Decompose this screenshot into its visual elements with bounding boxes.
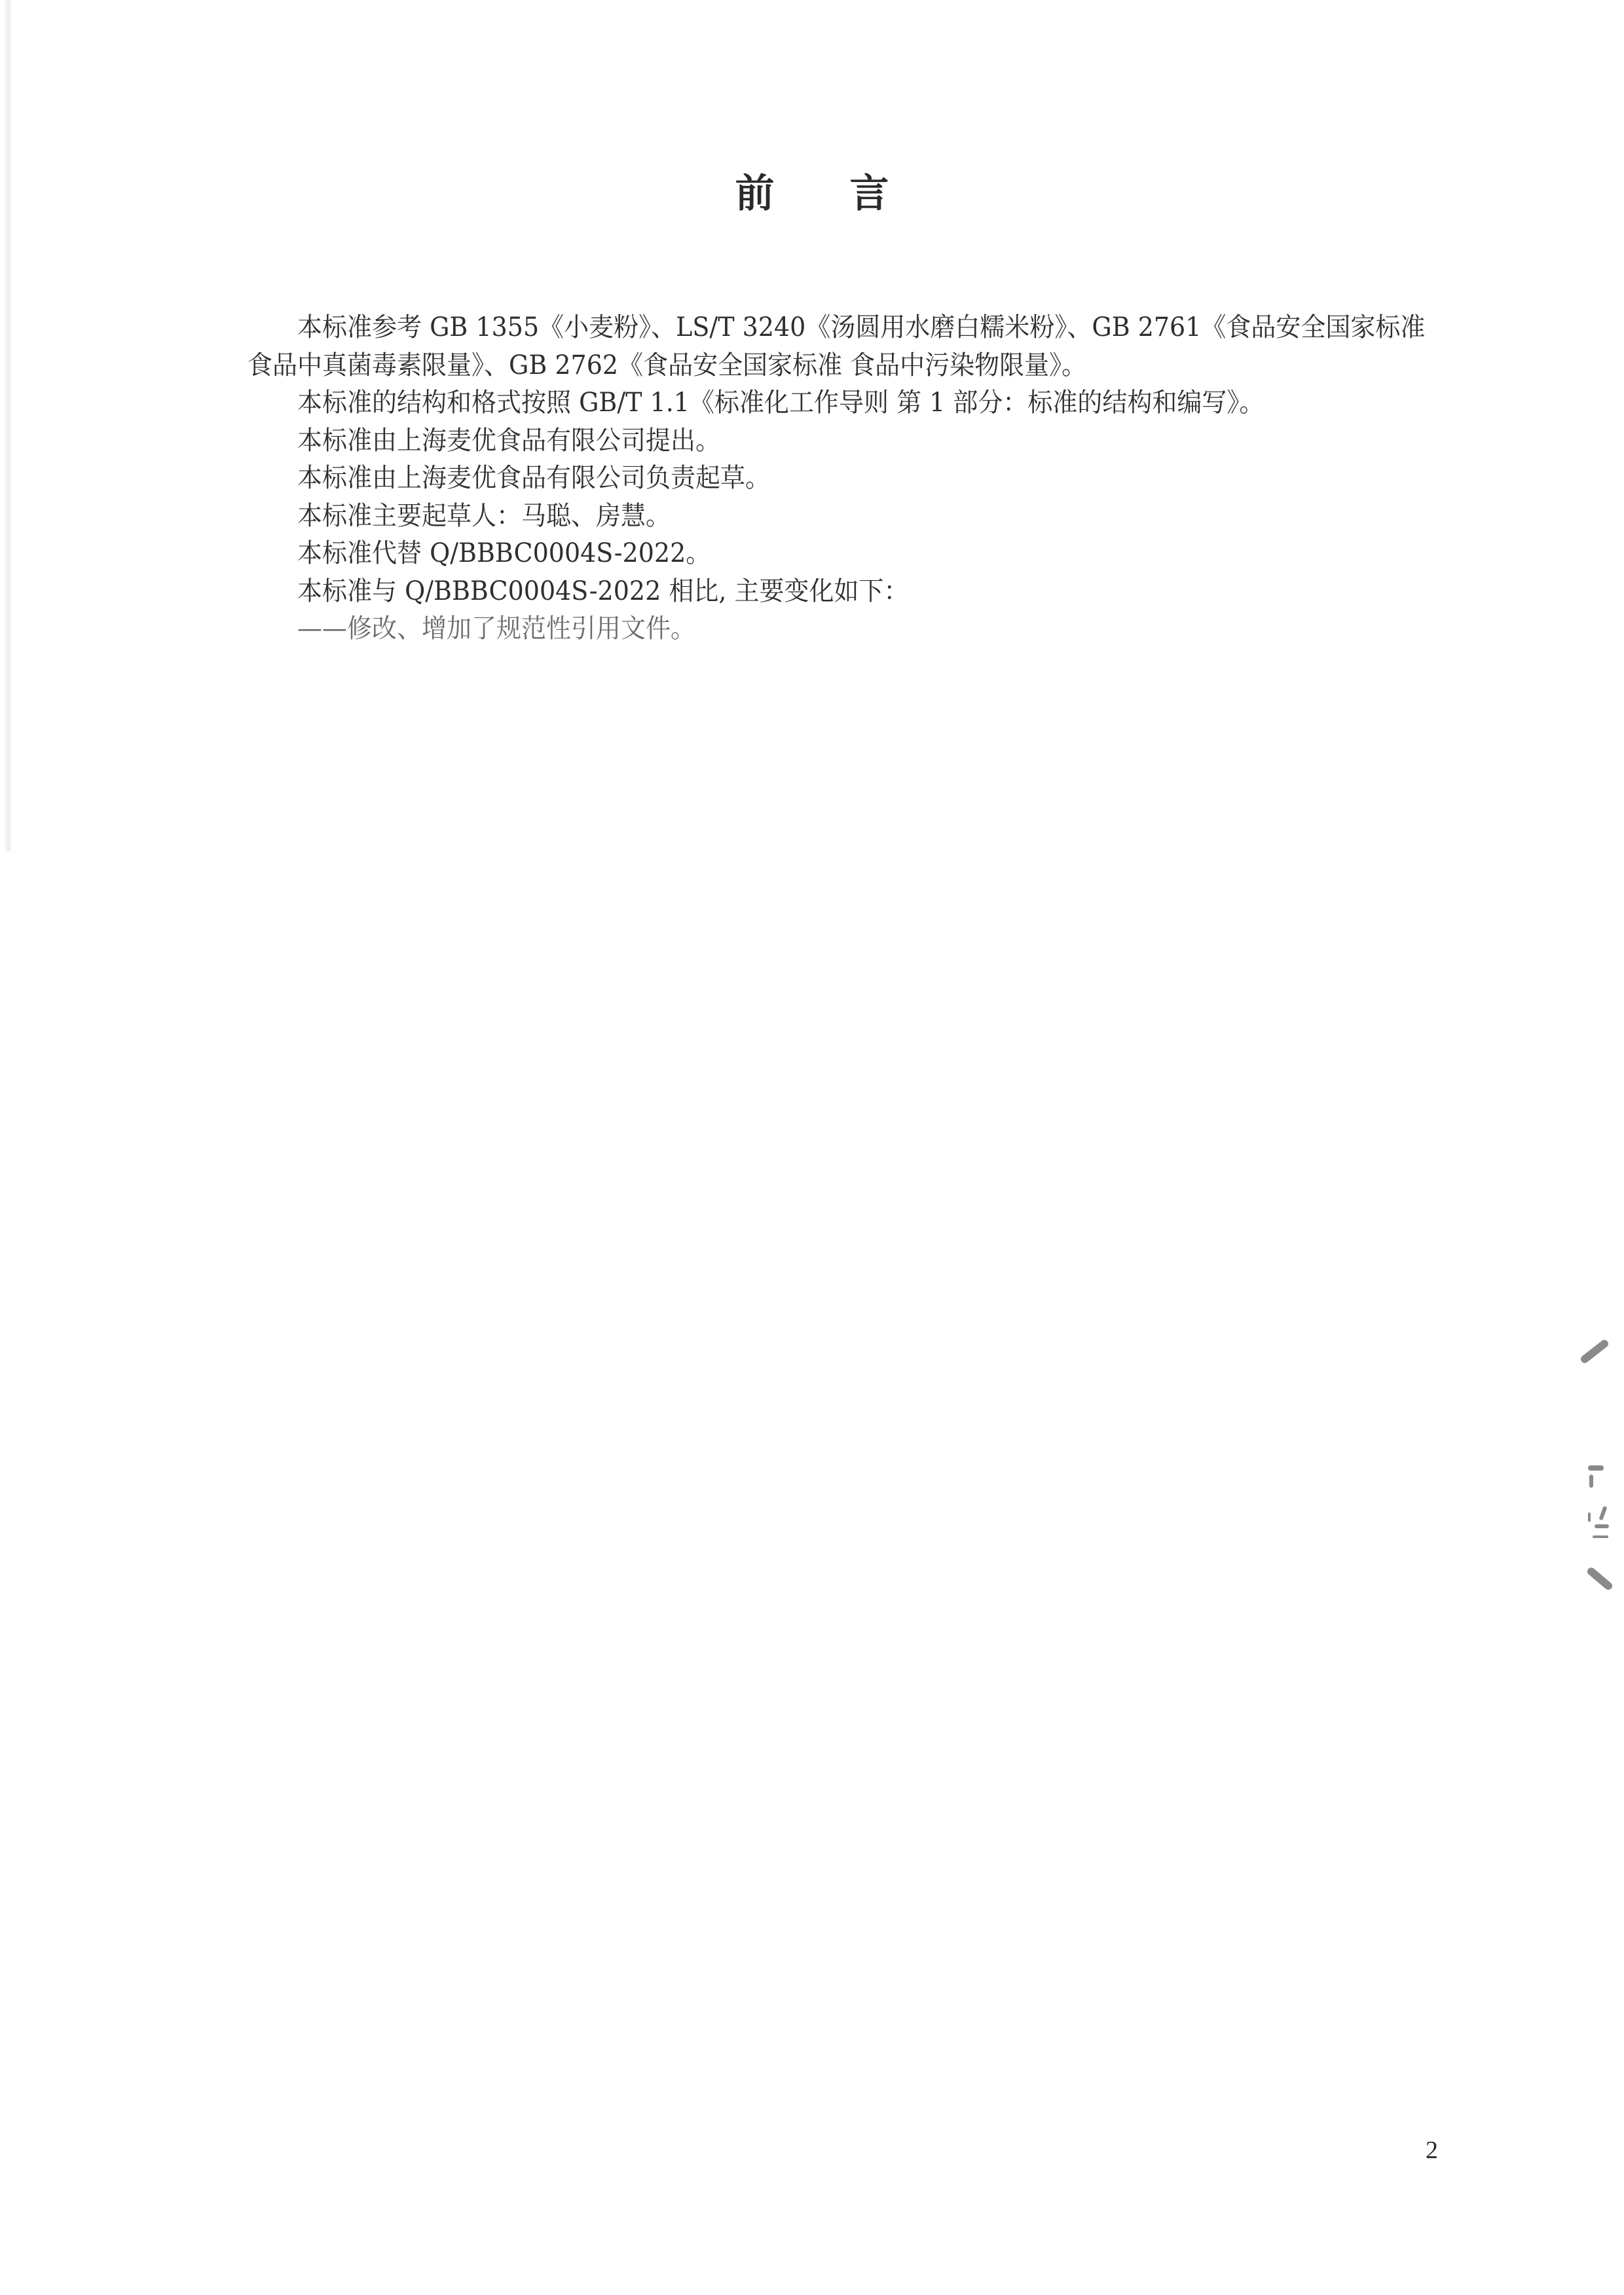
title-char-1: 前 bbox=[735, 162, 775, 219]
paragraph-replaces: 本标准代替 Q/BBBC0004S-2022。 bbox=[248, 535, 1392, 573]
page-title: 前言 bbox=[0, 162, 1624, 219]
seal-stamp-fragment bbox=[1588, 1513, 1591, 1522]
foreword-body: 本标准参考 GB 1355《小麦粉》、LS/T 3240《汤圆用水磨白糯米粉》、… bbox=[248, 309, 1392, 648]
title-char-2: 言 bbox=[850, 162, 889, 219]
paragraph-structure-format: 本标准的结构和格式按照 GB/T 1.1《标准化工作导则 第 1 部分：标准的结… bbox=[248, 384, 1392, 422]
page-number: 2 bbox=[1426, 2136, 1438, 2165]
seal-stamp-fragment bbox=[1598, 1506, 1607, 1521]
scan-edge-shadow bbox=[5, 0, 12, 851]
seal-stamp-fragment bbox=[1588, 1465, 1604, 1471]
seal-stamp-fragment bbox=[1586, 1566, 1614, 1592]
paragraph-drafted-by: 本标准由上海麦优食品有限公司负责起草。 bbox=[248, 460, 1392, 498]
paragraph-change-item: ——修改、增加了规范性引用文件。 bbox=[248, 610, 1392, 648]
paragraph-main-drafters: 本标准主要起草人：马聪、房慧。 bbox=[248, 498, 1392, 536]
paragraph-proposed-by: 本标准由上海麦优食品有限公司提出。 bbox=[248, 422, 1392, 460]
seal-stamp-fragment bbox=[1579, 1338, 1610, 1365]
paragraph-changes-intro: 本标准与 Q/BBBC0004S-2022 相比, 主要变化如下： bbox=[248, 573, 1392, 611]
paragraph-references: 本标准参考 GB 1355《小麦粉》、LS/T 3240《汤圆用水磨白糯米粉》、… bbox=[248, 309, 1442, 384]
seal-stamp-fragment bbox=[1589, 1475, 1593, 1488]
seal-stamp-fragment bbox=[1595, 1524, 1609, 1528]
seal-stamp-fragment bbox=[1593, 1535, 1608, 1538]
